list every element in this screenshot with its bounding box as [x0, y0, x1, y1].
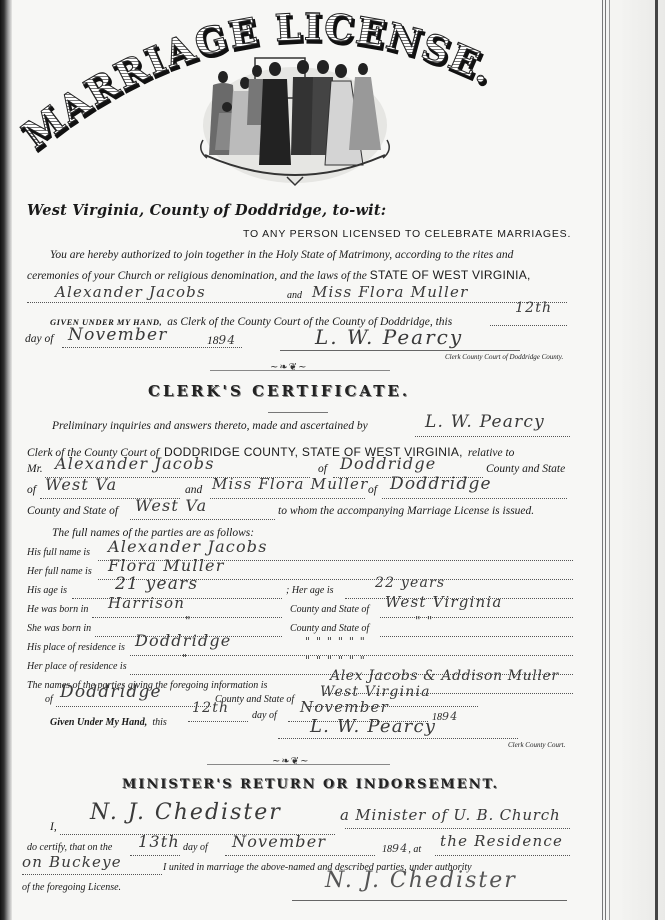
his-full-name-label: His full name is	[27, 547, 90, 558]
ascertained-line	[415, 436, 570, 437]
given-day-of: day of	[252, 710, 277, 721]
minister-role-line	[345, 828, 570, 829]
informant-of-label: of	[45, 694, 53, 705]
ascertained-by: L. W. Pearcy	[425, 412, 545, 432]
her-age-label: ; Her age is	[286, 585, 334, 596]
clerk-signature: L. W. Pearcy	[315, 325, 463, 349]
border-rule	[605, 0, 606, 920]
year-suffix: 94	[442, 710, 458, 723]
informant-county: Doddridge	[60, 682, 162, 702]
authorization-state: STATE OF WEST VIRGINIA,	[370, 268, 531, 282]
she-born: "	[185, 614, 192, 628]
minister-month: November	[232, 832, 326, 851]
his-full-name: Alexander Jacobs	[108, 537, 268, 556]
minister-year: 1894, at	[382, 842, 421, 855]
divider	[268, 412, 328, 413]
minister-place-line	[435, 855, 570, 856]
ornament-icon: ~❧❦~	[270, 362, 308, 373]
year-prefix: 18	[382, 844, 392, 855]
county-state-of-label: County and State of	[27, 505, 118, 517]
miss-of-label: of	[368, 484, 377, 496]
given-label-2: Given Under My Hand,	[50, 717, 147, 728]
addressee: TO ANY PERSON LICENSED TO CELEBRATE MARR…	[243, 228, 571, 240]
names-line	[27, 302, 567, 303]
minister-role: a Minister of U. B. Church	[340, 806, 560, 824]
minister-signature: N. J. Chedister	[325, 868, 517, 893]
whom-text: to whom the accompanying Marriage Licens…	[278, 505, 534, 517]
clerk-signature-line	[280, 350, 520, 351]
mr-name: Alexander Jacobs	[55, 454, 215, 473]
given-day-line	[188, 721, 248, 722]
he-born-state: West Virginia	[385, 593, 503, 611]
clerk-signature-2: L. W. Pearcy	[310, 716, 436, 737]
minister-title: MINISTER'S RETURN OR INDORSEMENT.	[122, 777, 499, 792]
certificate-title: CLERK'S CERTIFICATE.	[148, 382, 410, 400]
of-label: of	[318, 463, 327, 475]
authorization-prefix: ceremonies of your Church or religious d…	[27, 270, 367, 282]
miss-state-line	[130, 519, 275, 520]
minister-day-of: day of	[183, 842, 208, 853]
scan-right-edge	[655, 0, 658, 920]
mr-county: Doddridge	[340, 454, 436, 473]
miss-state: West Va	[135, 496, 207, 515]
minister-signature-line	[292, 900, 567, 901]
certify-text: do certify, that on the	[27, 842, 112, 853]
her-residence-ditto: " " " " " "	[305, 654, 366, 667]
his-residence-ditto: " " " " " "	[305, 635, 366, 648]
her-age: 22 years	[375, 575, 445, 591]
informant-value: Alex Jacobs & Addison Muller	[330, 668, 559, 684]
license-text: of the foregoing License.	[22, 882, 121, 893]
his-residence-label: His place of residence is	[27, 642, 125, 653]
he-born: Harrison	[108, 594, 185, 612]
i-label: I,	[50, 821, 57, 833]
his-residence: Doddridge	[135, 631, 231, 650]
miss-name-line	[210, 498, 365, 499]
miss-county: Doddridge	[390, 474, 492, 494]
her-residence: "	[182, 652, 188, 665]
border-rule	[602, 0, 603, 920]
authorization-text-2: ceremonies of your Church or religious d…	[27, 268, 531, 282]
preliminary-text: Preliminary inquiries and answers theret…	[52, 420, 368, 432]
she-born-state-label: County and State of	[290, 623, 369, 634]
border-rule	[609, 0, 610, 920]
miss-county-line	[382, 498, 567, 499]
authorization-text-1: You are hereby authorized to join togeth…	[50, 249, 513, 261]
ornament-icon: ~❧❦~	[272, 756, 310, 767]
year-suffix: 94	[392, 842, 408, 855]
minister-name: N. J. Chedister	[90, 800, 282, 825]
scan-right-strip	[622, 0, 665, 920]
bride-name: Miss Flora Muller	[312, 283, 469, 301]
year-prefix: 18	[207, 335, 219, 347]
year-suffix: 94	[219, 333, 237, 347]
informant-county-line	[56, 706, 211, 707]
given-this: this	[152, 717, 166, 728]
she-born-label: She was born in	[27, 623, 91, 634]
scan-left-edge	[0, 0, 12, 920]
license-day: 12th	[515, 300, 552, 316]
minister-month-line	[225, 855, 375, 856]
license-month: November	[68, 325, 168, 345]
he-born-state-label: County and State of	[290, 604, 369, 615]
her-full-name: Flora Muller	[108, 556, 225, 575]
and-label: and	[287, 290, 302, 301]
license-year: 1894	[207, 333, 236, 347]
relative-to: relative to	[468, 447, 515, 459]
given-month: November	[300, 698, 389, 716]
clerk-caption-2: Clerk County Court.	[508, 741, 565, 749]
mr-state: West Va	[45, 475, 117, 494]
signature-line-2	[278, 738, 518, 739]
her-full-name-label: Her full name is	[27, 566, 92, 577]
of-label-2: of	[27, 484, 36, 496]
county-state-label: County and State	[486, 463, 565, 475]
mr-label: Mr.	[27, 463, 43, 475]
jurisdiction-heading: West Virginia, County of Doddridge, to-w…	[27, 202, 386, 219]
he-born-state-line	[380, 617, 573, 618]
minister-day: 13th	[138, 832, 180, 851]
license-month-line	[62, 347, 242, 348]
day-of-label: day of	[25, 333, 53, 345]
his-age: 21 years	[115, 574, 198, 594]
she-born-state-line	[380, 636, 573, 637]
groom-name: Alexander Jacobs	[55, 283, 206, 301]
she-born-state: " "	[415, 614, 433, 628]
license-day-line	[490, 325, 567, 326]
minister-place: the Residence	[440, 832, 563, 850]
and-label-2: and	[185, 484, 202, 496]
clerk-caption: Clerk County Court of Doddridge County.	[445, 353, 563, 361]
his-age-label: His age is	[27, 585, 67, 596]
wedding-illustration	[195, 55, 395, 190]
her-residence-label: Her place of residence is	[27, 661, 127, 672]
at-label: , at	[408, 844, 421, 855]
given-under-hand-2: Given Under My Hand, this	[50, 710, 167, 729]
miss-name: Miss Flora Muller	[212, 475, 369, 493]
minister-day-line	[130, 855, 180, 856]
he-born-label: He was born in	[27, 604, 88, 615]
minister-place-2: on Buckeye	[22, 853, 122, 871]
minister-place-2-line	[22, 874, 162, 875]
given-day: 12th	[192, 700, 229, 716]
